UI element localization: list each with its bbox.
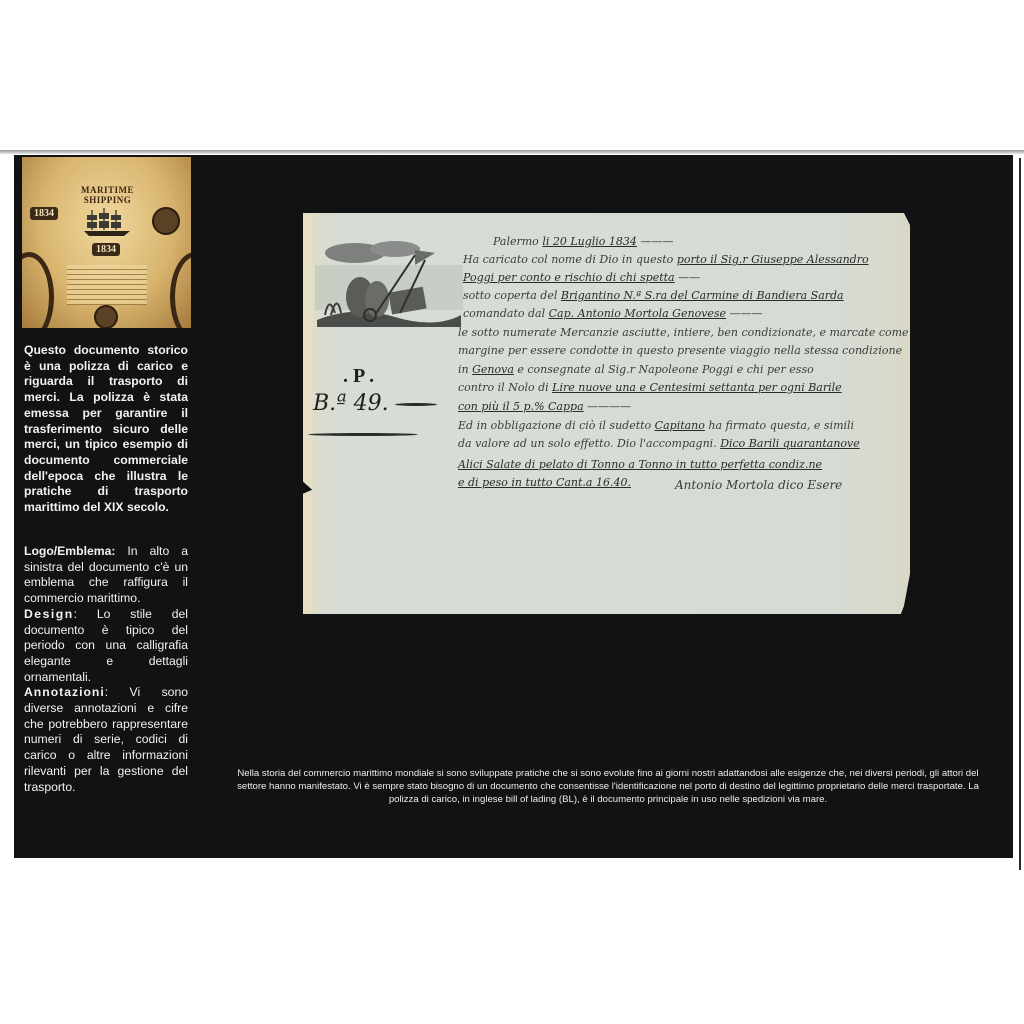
document-line: e di peso in tutto Cant.a 16.40. — [458, 476, 631, 489]
document-line: con più il 5 p.% Cappa ———— — [458, 400, 631, 413]
document-line: comandato dal Cap. Antonio Mortola Genov… — [463, 307, 763, 320]
ornament-swirl-left — [22, 252, 54, 328]
document-line: Alici Salate di pelato di Tonno a Tonno … — [458, 458, 822, 471]
maritime-shipping-emblem: MARITIME SHIPPING 1834 1834 — [22, 157, 191, 328]
footer-description: Nella storia del commercio marittimo mon… — [228, 767, 988, 806]
document-line: contro il Nolo di Lire nuove una e Cente… — [458, 381, 842, 394]
document-marker-number: B.ª 49. — [313, 391, 389, 416]
document-line: le sotto numerate Mercanzie asciutte, in… — [458, 326, 923, 339]
document-marker-letter: . P . — [343, 365, 374, 388]
sidebar-intro: Questo documento storico è una polizza d… — [24, 343, 188, 516]
ink-dash — [395, 403, 437, 406]
emblem-seal — [94, 305, 118, 328]
document-line: Ha caricato col nome di Dio in questo po… — [463, 253, 869, 266]
captain-signature: Antonio Mortola dico Esere — [675, 478, 842, 492]
emblem-medallion — [152, 207, 180, 235]
emblem-year-left: 1834 — [30, 207, 58, 220]
document-line: sotto coperta del Brigantino N.ª S.ra de… — [463, 289, 844, 302]
page-right-edge — [1019, 158, 1021, 870]
document-line: da valore ad un solo effetto. Dio l'acco… — [458, 437, 860, 450]
emblem-script-lines — [67, 265, 147, 305]
emblem-banner: MARITIME SHIPPING — [60, 185, 155, 201]
document-line: Poggi per conto e rischio di chi spetta … — [463, 271, 700, 284]
emblem-year-center: 1834 — [92, 243, 120, 256]
note-annotations: Annotazioni: Vi sono diverse annotazioni… — [24, 685, 188, 795]
note-design: Design: Lo stile del documento è tipico … — [24, 607, 188, 686]
ornament-swirl-right — [170, 252, 191, 328]
maritime-vignette-icon — [315, 235, 463, 335]
page-top-edge — [0, 150, 1024, 154]
ship-icon — [82, 207, 132, 237]
ink-dash — [308, 433, 418, 436]
document-line: Palermo li 20 Luglio 1834 ——— — [493, 235, 673, 248]
note-logo: Logo/Emblema: In alto a sinistra del doc… — [24, 544, 188, 607]
document-line: in Genova e consegnate al Sig.r Napoleon… — [458, 363, 814, 376]
bill-of-lading-document: . P . B.ª 49. Palermo li 20 Luglio 1834 … — [303, 213, 910, 614]
sidebar-notes: Logo/Emblema: In alto a sinistra del doc… — [24, 544, 188, 795]
document-line: Ed in obbligazione di ciò il sudetto Cap… — [458, 419, 854, 432]
document-line: margine per essere condotte in questo pr… — [458, 344, 902, 357]
